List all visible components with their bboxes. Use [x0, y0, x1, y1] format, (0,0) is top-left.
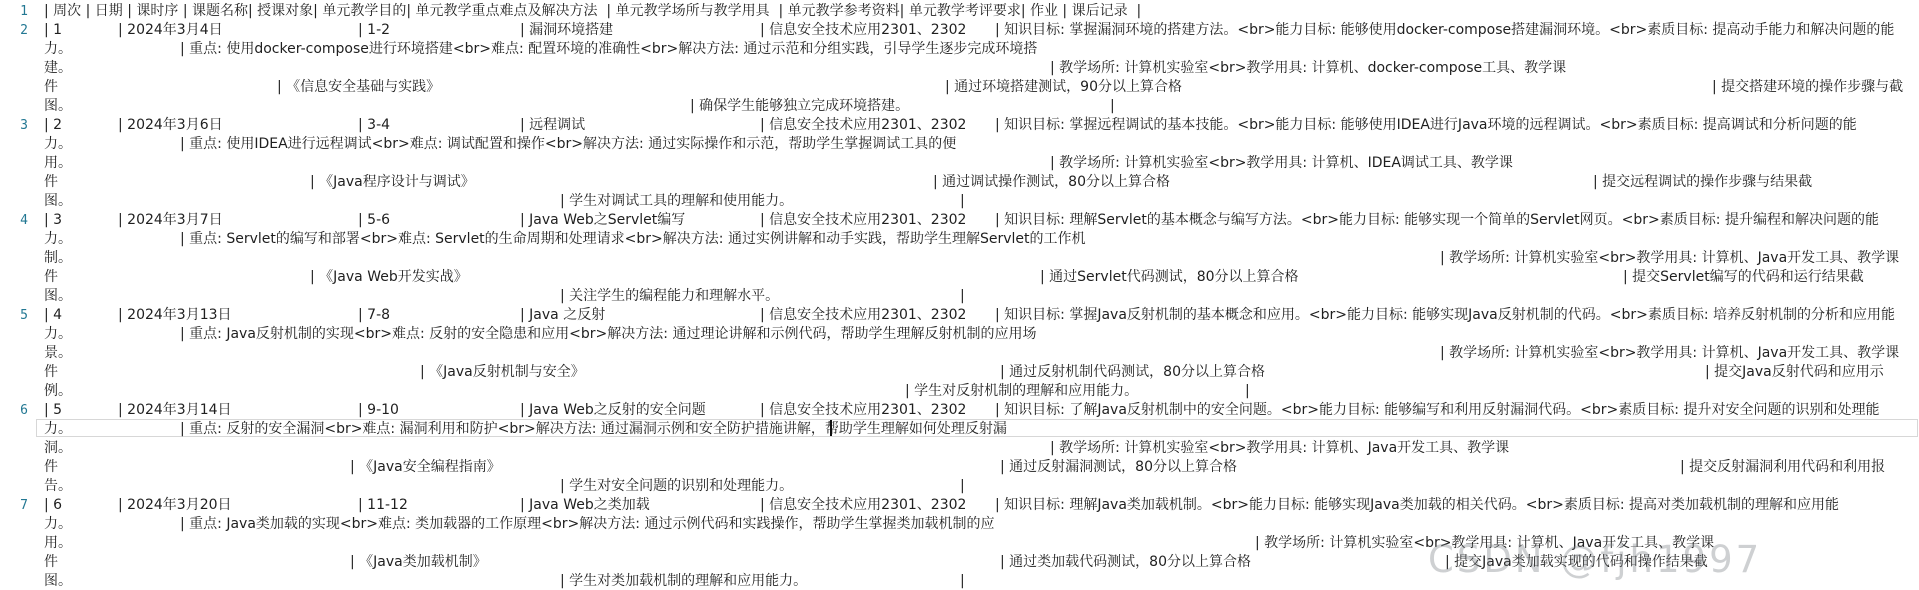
text-line-segment[interactable]: | 确保学生能够独立完成环境搭建。 [690, 98, 909, 115]
text-line-segment[interactable]: | 9-10 [358, 402, 399, 419]
text-line-segment[interactable]: 件 [44, 174, 58, 191]
text-line-segment[interactable]: | 漏洞环境搭建 [520, 22, 613, 39]
text-line-segment[interactable]: | 学生对安全问题的识别和处理能力。 [560, 478, 793, 495]
text-line-segment[interactable]: | [1245, 383, 1250, 400]
text-line-segment[interactable]: | 2024年3月14日 [118, 402, 232, 419]
text-line-segment[interactable]: 洞。 [44, 440, 72, 457]
text-line-segment[interactable]: | 通过调试操作测试，80分以上算合格 [933, 174, 1170, 191]
line-number: 7 [0, 497, 28, 514]
text-cursor [830, 420, 832, 436]
text-line-segment[interactable]: | 重点: 使用IDEA进行远程调试<br>难点: 调试配置和操作<br>解决方… [180, 136, 956, 153]
text-line-segment[interactable]: 件 [44, 554, 58, 571]
text-line-segment[interactable]: | [1110, 98, 1115, 115]
text-line-segment[interactable]: | 重点: Servlet的编写和部署<br>难点: Servlet的生命周期和… [180, 231, 1085, 248]
text-line-segment[interactable]: 图。 [44, 98, 72, 115]
text-line-segment[interactable]: | 学生对反射机制的理解和应用能力。 [905, 383, 1138, 400]
text-line-segment[interactable]: 用。 [44, 535, 72, 552]
line-number: 6 [0, 402, 28, 419]
text-line-segment[interactable]: | 教学场所: 计算机实验室<br>教学用具: 计算机、Java开发工具、教学课 [1440, 345, 1899, 362]
text-line-segment[interactable]: | 提交反射漏洞利用代码和利用报 [1680, 459, 1885, 476]
text-line-segment[interactable]: | 1 [44, 22, 62, 39]
text-line-segment[interactable]: | 2024年3月4日 [118, 22, 223, 39]
text-line-segment[interactable]: | [960, 193, 965, 210]
text-line-segment[interactable]: | 2024年3月6日 [118, 117, 223, 134]
text-line-segment[interactable]: | 知识目标: 掌握漏洞环境的搭建方法。<br>能力目标: 能够使用docker… [995, 22, 1894, 39]
text-line-segment[interactable]: | 2024年3月13日 [118, 307, 232, 324]
text-line-segment[interactable]: | 知识目标: 了解Java反射机制中的安全问题。<br>能力目标: 能够编写和… [995, 402, 1879, 419]
text-line-segment[interactable]: 件 [44, 79, 58, 96]
text-line-segment[interactable]: | 通过Servlet代码测试，80分以上算合格 [1040, 269, 1299, 286]
text-line-segment[interactable]: | 7-8 [358, 307, 390, 324]
text-line-segment[interactable]: | 知识目标: 掌握远程调试的基本技能。<br>能力目标: 能够使用IDEA进行… [995, 117, 1857, 134]
text-line-segment[interactable]: | 教学场所: 计算机实验室<br>教学用具: 计算机、Java开发工具、教学课 [1050, 440, 1509, 457]
code-editor[interactable]: 1234567 | 周次 | 日期 | 课时序 | 课题名称| 授课对象| 单元… [0, 0, 1919, 590]
text-line-segment[interactable]: | 教学场所: 计算机实验室<br>教学用具: 计算机、Java开发工具、教学课 [1255, 535, 1714, 552]
text-line-segment[interactable]: | Java Web之Servlet编写 [520, 212, 685, 229]
text-line-segment[interactable]: | 学生对类加载机制的理解和应用能力。 [560, 573, 807, 590]
line-number: 4 [0, 212, 28, 229]
text-line-segment[interactable]: 力。 [44, 41, 72, 58]
text-line-segment[interactable]: | Java Web之反射的安全问题 [520, 402, 706, 419]
text-line-segment[interactable]: 图。 [44, 193, 72, 210]
text-line-segment[interactable]: | 《Java反射机制与安全》 [420, 364, 585, 381]
text-line-segment[interactable]: 力。 [44, 136, 72, 153]
text-line-segment[interactable]: | 2024年3月20日 [118, 497, 232, 514]
text-line-segment[interactable]: | 提交Java反射代码和应用示 [1705, 364, 1884, 381]
text-line-segment[interactable]: | 周次 | 日期 | 课时序 | 课题名称| 授课对象| 单元教学目的| 单元… [44, 3, 1141, 20]
text-line-segment[interactable]: | 4 [44, 307, 62, 324]
text-line-segment[interactable]: | 知识目标: 理解Servlet的基本概念与编写方法。<br>能力目标: 能够… [995, 212, 1879, 229]
text-line-segment[interactable]: | 1-2 [358, 22, 390, 39]
text-line-segment[interactable]: | 信息安全技术应用2301、2302 [760, 402, 966, 419]
text-line-segment[interactable]: | 3 [44, 212, 62, 229]
text-line-segment[interactable]: | 《信息安全基础与实践》 [277, 79, 440, 96]
text-line-segment[interactable]: | 教学场所: 计算机实验室<br>教学用具: 计算机、Java开发工具、教学课 [1440, 250, 1899, 267]
text-line-segment[interactable]: | 《Java程序设计与调试》 [310, 174, 475, 191]
line-number: 5 [0, 307, 28, 324]
text-line-segment[interactable]: | 信息安全技术应用2301、2302 [760, 497, 966, 514]
text-line-segment[interactable]: 力。 [44, 421, 72, 438]
text-line-segment[interactable]: | Java 之反射 [520, 307, 605, 324]
text-line-segment[interactable]: | 6 [44, 497, 62, 514]
text-line-segment[interactable]: | 提交远程调试的操作步骤与结果截 [1593, 174, 1812, 191]
text-line-segment[interactable]: | 2 [44, 117, 62, 134]
text-line-segment[interactable]: | 重点: Java类加载的实现<br>难点: 类加载器的工作原理<br>解决方… [180, 516, 994, 533]
text-line-segment[interactable]: | 通过类加载代码测试，80分以上算合格 [1000, 554, 1251, 571]
text-line-segment[interactable]: | 《Java Web开发实战》 [310, 269, 468, 286]
text-line-segment[interactable]: | 远程调试 [520, 117, 585, 134]
text-line-segment[interactable]: | 提交搭建环境的操作步骤与截 [1712, 79, 1903, 96]
text-line-segment[interactable]: 建。 [44, 60, 72, 77]
text-line-segment[interactable]: 图。 [44, 288, 72, 305]
text-line-segment[interactable]: | [960, 478, 965, 495]
text-line-segment[interactable]: | 提交Servlet编写的代码和运行结果截 [1623, 269, 1864, 286]
text-line-segment[interactable]: | 重点: Java反射机制的实现<br>难点: 反射的安全隐患和应用<br>解… [180, 326, 1036, 343]
text-line-segment[interactable]: | 重点: 反射的安全漏洞<br>难点: 漏洞利用和防护<br>解决方法: 通过… [180, 421, 1007, 438]
text-line-segment[interactable]: | 关注学生的编程能力和理解水平。 [560, 288, 779, 305]
text-line-segment[interactable]: | 知识目标: 掌握Java反射机制的基本概念和应用。<br>能力目标: 能够实… [995, 307, 1895, 324]
line-number: 1 [0, 3, 28, 20]
text-line-segment[interactable]: 力。 [44, 231, 72, 248]
text-line-segment[interactable]: | 信息安全技术应用2301、2302 [760, 117, 966, 134]
text-line-segment[interactable]: 用。 [44, 155, 72, 172]
text-line-segment[interactable]: | 教学场所: 计算机实验室<br>教学用具: 计算机、docker-compo… [1050, 60, 1566, 77]
text-line-segment[interactable]: 件 [44, 364, 58, 381]
text-line-segment[interactable]: | 信息安全技术应用2301、2302 [760, 307, 966, 324]
text-line-segment[interactable]: | [960, 288, 965, 305]
text-line-segment[interactable]: | 学生对调试工具的理解和使用能力。 [560, 193, 793, 210]
text-line-segment[interactable]: | 信息安全技术应用2301、2302 [760, 212, 966, 229]
text-line-segment[interactable]: | 《Java安全编程指南》 [350, 459, 501, 476]
text-line-segment[interactable]: 力。 [44, 326, 72, 343]
text-line-segment[interactable]: | 通过反射漏洞测试，80分以上算合格 [1000, 459, 1237, 476]
text-line-segment[interactable]: | [960, 573, 965, 590]
text-line-segment[interactable]: 件 [44, 459, 58, 476]
text-line-segment[interactable]: 景。 [44, 345, 72, 362]
text-line-segment[interactable]: | 教学场所: 计算机实验室<br>教学用具: 计算机、IDEA调试工具、教学课 [1050, 155, 1513, 172]
text-line-segment[interactable]: 力。 [44, 516, 72, 533]
text-line-segment[interactable]: 告。 [44, 478, 72, 495]
text-line-segment[interactable]: | Java Web之类加载 [520, 497, 650, 514]
text-line-segment[interactable]: | 《Java类加载机制》 [350, 554, 487, 571]
text-line-segment[interactable]: | 提交Java类加载实现的代码和操作结果截 [1445, 554, 1708, 571]
text-line-segment[interactable]: 件 [44, 269, 58, 286]
text-line-segment[interactable]: 图。 [44, 573, 72, 590]
text-line-segment[interactable]: 例。 [44, 383, 72, 400]
text-line-segment[interactable]: | 3-4 [358, 117, 390, 134]
text-line-segment[interactable]: | 2024年3月7日 [118, 212, 223, 229]
text-line-segment[interactable]: | 11-12 [358, 497, 408, 514]
line-number: 3 [0, 117, 28, 134]
text-line-segment[interactable]: | 通过反射机制代码测试，80分以上算合格 [1000, 364, 1265, 381]
text-line-segment[interactable]: | 5-6 [358, 212, 390, 229]
text-line-segment[interactable]: | 5 [44, 402, 62, 419]
text-line-segment[interactable]: | 通过环境搭建测试，90分以上算合格 [945, 79, 1182, 96]
text-line-segment[interactable]: | 重点: 使用docker-compose进行环境搭建<br>难点: 配置环境… [180, 41, 1037, 58]
text-line-segment[interactable]: 制。 [44, 250, 72, 267]
text-line-segment[interactable]: | 信息安全技术应用2301、2302 [760, 22, 966, 39]
text-line-segment[interactable]: | 知识目标: 理解Java类加载机制。<br>能力目标: 能够实现Java类加… [995, 497, 1839, 514]
line-number: 2 [0, 22, 28, 39]
